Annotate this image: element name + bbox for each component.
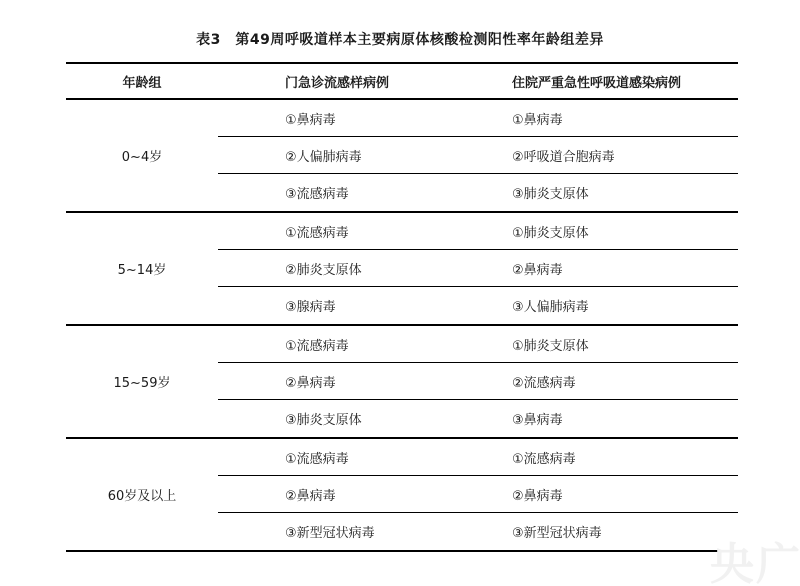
table-row: ③流感病毒 ③肺炎支原体	[218, 174, 738, 211]
sari-pathogen-rank2: ②流感病毒	[512, 372, 738, 391]
sari-pathogen-rank2: ②呼吸道合胞病毒	[512, 146, 738, 165]
table-row: ③新型冠状病毒 ③新型冠状病毒	[218, 513, 738, 550]
table-row: ③腺病毒 ③人偏肺病毒	[218, 287, 738, 324]
sari-pathogen-rank1: ①肺炎支原体	[512, 222, 738, 241]
sari-pathogen-rank1: ①肺炎支原体	[512, 335, 738, 354]
age-group-label: 60岁及以上	[66, 439, 218, 550]
ili-pathogen-rank3: ③肺炎支原体	[218, 409, 512, 428]
age-group-label: 5~14岁	[66, 213, 218, 324]
age-group-15-59: 15~59岁 ①流感病毒 ①肺炎支原体 ②鼻病毒 ②流感病毒 ③肺炎支原体 ③鼻…	[66, 326, 738, 439]
ili-pathogen-rank1: ①流感病毒	[218, 335, 512, 354]
sari-pathogen-rank2: ②鼻病毒	[512, 259, 738, 278]
table-row: ②鼻病毒 ②鼻病毒	[218, 476, 738, 513]
table-title: 表3 第49周呼吸道样本主要病原体核酸检测阳性率年龄组差异	[0, 29, 800, 49]
sari-pathogen-rank3: ③鼻病毒	[512, 409, 738, 428]
age-group-items: ①鼻病毒 ①鼻病毒 ②人偏肺病毒 ②呼吸道合胞病毒 ③流感病毒 ③肺炎支原体	[218, 100, 738, 211]
sari-pathogen-rank3: ③人偏肺病毒	[512, 296, 738, 315]
age-group-5-14: 5~14岁 ①流感病毒 ①肺炎支原体 ②肺炎支原体 ②鼻病毒 ③腺病毒 ③人偏肺…	[66, 213, 738, 326]
age-group-items: ①流感病毒 ①流感病毒 ②鼻病毒 ②鼻病毒 ③新型冠状病毒 ③新型冠状病毒	[218, 439, 738, 550]
table-row: ②人偏肺病毒 ②呼吸道合胞病毒	[218, 137, 738, 174]
table-header-row: 年龄组 门急诊流感样病例 住院严重急性呼吸道感染病例	[66, 64, 738, 100]
header-age-group: 年龄组	[66, 72, 218, 91]
ili-pathogen-rank3: ③流感病毒	[218, 183, 512, 202]
table-row: ①流感病毒 ①流感病毒	[218, 439, 738, 476]
sari-pathogen-rank1: ①鼻病毒	[512, 109, 738, 128]
ili-pathogen-rank2: ②鼻病毒	[218, 485, 512, 504]
article-table-image: 表3 第49周呼吸道样本主要病原体核酸检测阳性率年龄组差异 年龄组 门急诊流感样…	[0, 0, 800, 586]
age-group-items: ①流感病毒 ①肺炎支原体 ②鼻病毒 ②流感病毒 ③肺炎支原体 ③鼻病毒	[218, 326, 738, 437]
sari-pathogen-rank2: ②鼻病毒	[512, 485, 738, 504]
pathogen-positivity-table: 年龄组 门急诊流感样病例 住院严重急性呼吸道感染病例 0~4岁 ①鼻病毒 ①鼻病…	[66, 62, 738, 552]
age-group-label: 0~4岁	[66, 100, 218, 211]
age-group-60-plus: 60岁及以上 ①流感病毒 ①流感病毒 ②鼻病毒 ②鼻病毒 ③新型冠状病毒 ③新型…	[66, 439, 738, 550]
table-row: ①流感病毒 ①肺炎支原体	[218, 213, 738, 250]
sari-pathogen-rank3: ③肺炎支原体	[512, 183, 738, 202]
ili-pathogen-rank3: ③新型冠状病毒	[218, 522, 512, 541]
table-row: ②鼻病毒 ②流感病毒	[218, 363, 738, 400]
ili-pathogen-rank3: ③腺病毒	[218, 296, 512, 315]
age-group-0-4: 0~4岁 ①鼻病毒 ①鼻病毒 ②人偏肺病毒 ②呼吸道合胞病毒 ③流感病毒 ③肺炎…	[66, 100, 738, 213]
header-hospitalized-sari-cases: 住院严重急性呼吸道感染病例	[512, 72, 738, 91]
ili-pathogen-rank2: ②鼻病毒	[218, 372, 512, 391]
age-group-label: 15~59岁	[66, 326, 218, 437]
ili-pathogen-rank2: ②肺炎支原体	[218, 259, 512, 278]
sari-pathogen-rank3: ③新型冠状病毒	[512, 522, 738, 541]
header-outpatient-ili-cases: 门急诊流感样病例	[218, 72, 512, 91]
ili-pathogen-rank1: ①鼻病毒	[218, 109, 512, 128]
table-row: ①鼻病毒 ①鼻病毒	[218, 100, 738, 137]
table-row: ①流感病毒 ①肺炎支原体	[218, 326, 738, 363]
table-row: ③肺炎支原体 ③鼻病毒	[218, 400, 738, 437]
cnr-watermark: 央广网	[710, 528, 800, 586]
ili-pathogen-rank1: ①流感病毒	[218, 222, 512, 241]
table-row: ②肺炎支原体 ②鼻病毒	[218, 250, 738, 287]
age-group-items: ①流感病毒 ①肺炎支原体 ②肺炎支原体 ②鼻病毒 ③腺病毒 ③人偏肺病毒	[218, 213, 738, 324]
ili-pathogen-rank1: ①流感病毒	[218, 448, 512, 467]
sari-pathogen-rank1: ①流感病毒	[512, 448, 738, 467]
ili-pathogen-rank2: ②人偏肺病毒	[218, 146, 512, 165]
